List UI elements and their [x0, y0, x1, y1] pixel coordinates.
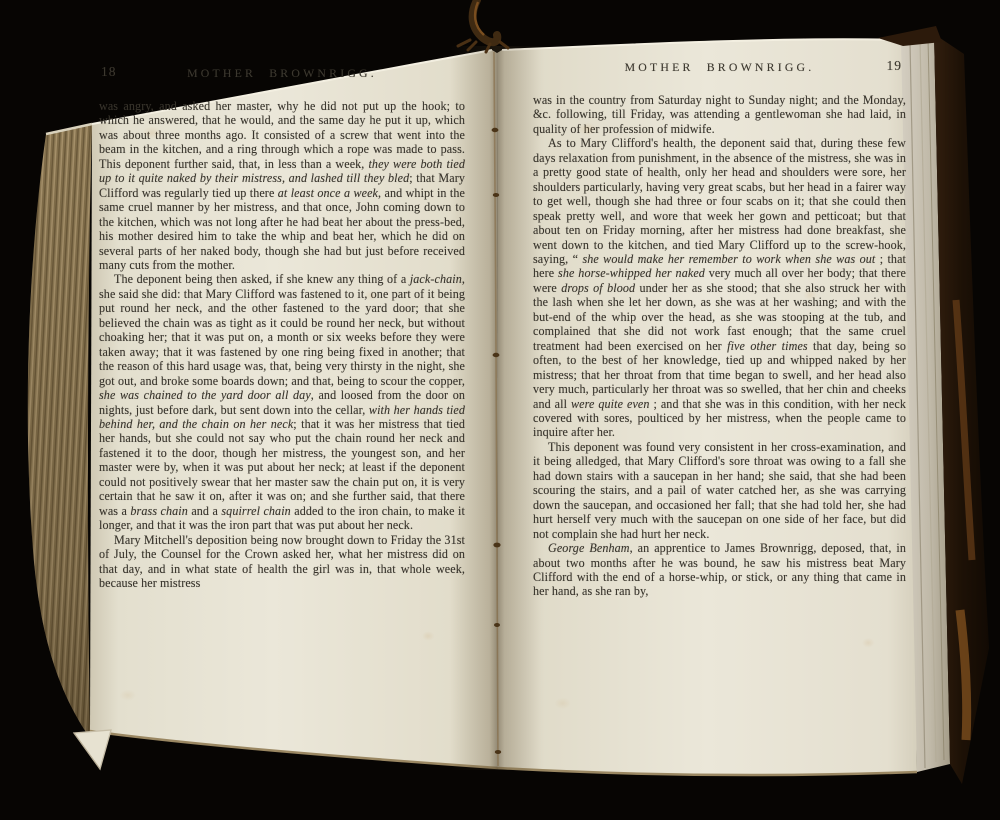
- paragraph: Mary Mitchell's deposition being now bro…: [99, 533, 465, 591]
- paragraph: was angry, and asked her master, why he …: [99, 99, 465, 272]
- book-photograph: 18 MOTHER BROWNRIGG. was angry, and aske…: [0, 0, 1000, 820]
- right-page-header: MOTHER BROWNRIGG. 19: [533, 58, 906, 78]
- left-page-text: was angry, and asked her master, why he …: [99, 99, 465, 590]
- left-running-title: MOTHER BROWNRIGG.: [99, 66, 465, 81]
- left-fore-edge-shading: [28, 124, 92, 738]
- bookmark-string: [458, 0, 508, 52]
- paragraph: George Benham, an apprentice to James Br…: [533, 541, 906, 599]
- right-page-text: was in the country from Saturday night t…: [533, 93, 906, 599]
- paragraph: This deponent was found very consistent …: [533, 440, 906, 541]
- paragraph: was in the country from Saturday night t…: [533, 93, 906, 136]
- right-page: MOTHER BROWNRIGG. 19 was in the country …: [533, 58, 906, 774]
- paragraph: The deponent being then asked, if she kn…: [99, 272, 465, 532]
- left-page-header: 18 MOTHER BROWNRIGG.: [99, 64, 465, 84]
- right-page-number: 19: [887, 58, 903, 74]
- paragraph: As to Mary Clifford's health, the depone…: [533, 136, 906, 440]
- left-page: 18 MOTHER BROWNRIGG. was angry, and aske…: [99, 64, 465, 764]
- right-running-title: MOTHER BROWNRIGG.: [533, 60, 906, 75]
